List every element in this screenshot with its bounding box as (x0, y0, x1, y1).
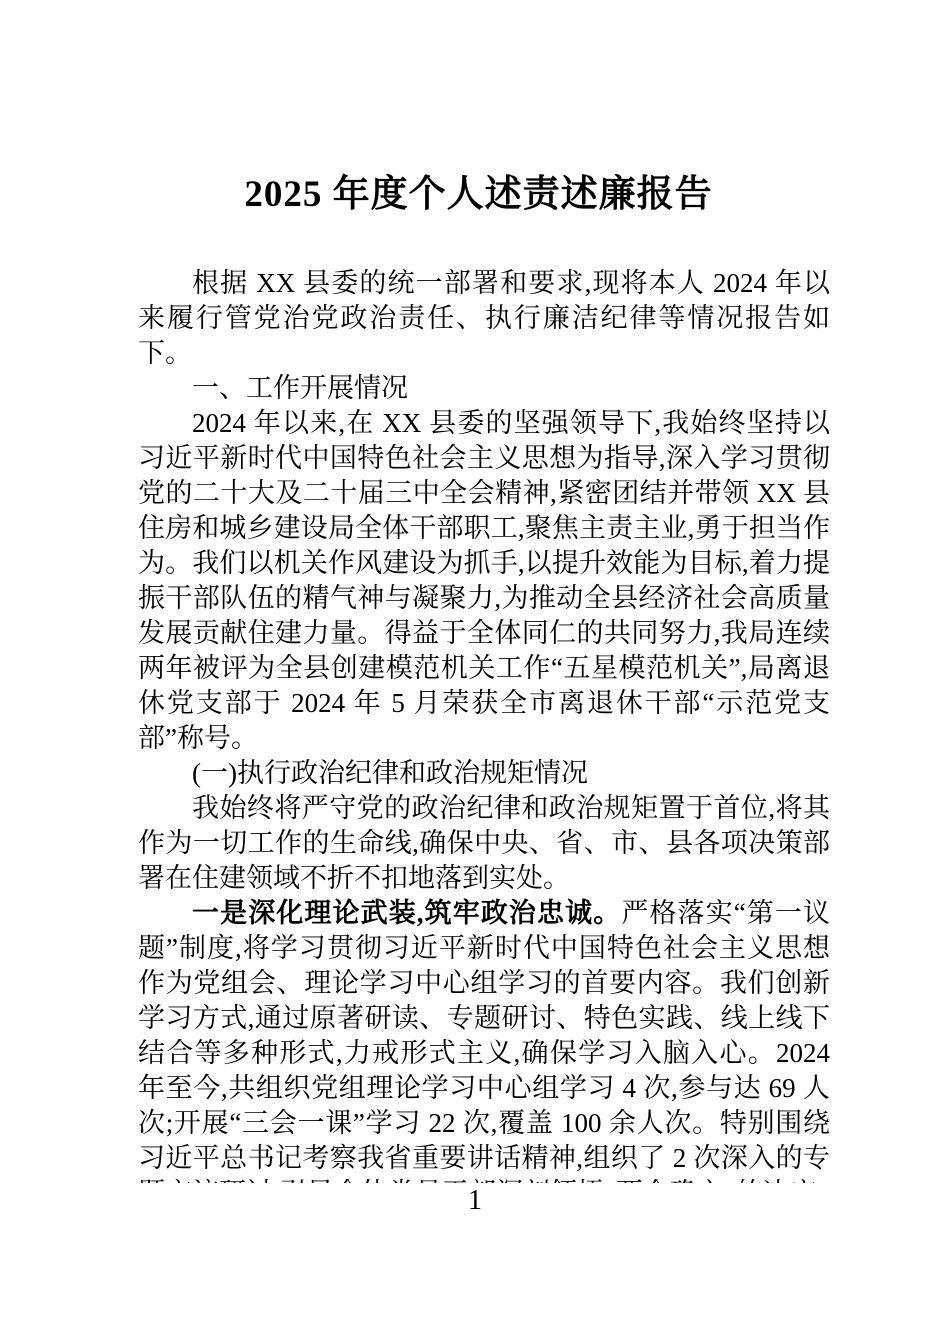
paragraph-theory-arming-text: 严格落实“第一议题”制度,将学习贯彻习近平新时代中国特色社会主义思想作为党组会、… (138, 898, 830, 1183)
paragraph-work-overview: 2024 年以来,在 XX 县委的坚强领导下,我始终坚持以习近平新时代中国特色社… (138, 406, 830, 756)
paragraph-political-discipline: 我始终将严守党的政治纪律和政治规矩置于首位,将其作为一切工作的生命线,确保中央、… (138, 791, 830, 896)
document-body: 根据 XX 县委的统一部署和要求,现将本人 2024 年以来履行管党治党政治责任… (138, 266, 830, 1183)
section-heading-work-overview: 一、工作开展情况 (138, 371, 830, 406)
paragraph-theory-arming: 一是深化理论武装,筑牢政治忠诚。严格落实“第一议题”制度,将学习贯彻习近平新时代… (138, 896, 830, 1183)
paragraph-opening: 根据 XX 县委的统一部署和要求,现将本人 2024 年以来履行管党治党政治责任… (138, 266, 830, 371)
document-page: 2025 年度个人述责述廉报告 根据 XX 县委的统一部署和要求,现将本人 20… (0, 0, 950, 1344)
page-number: 1 (0, 1185, 950, 1217)
subsection-heading-political-discipline: (一)执行政治纪律和政治规矩情况 (138, 756, 830, 791)
paragraph-theory-arming-bold-lead: 一是深化理论武装,筑牢政治忠诚。 (192, 898, 621, 928)
document-title: 2025 年度个人述责述廉报告 (131, 170, 826, 220)
